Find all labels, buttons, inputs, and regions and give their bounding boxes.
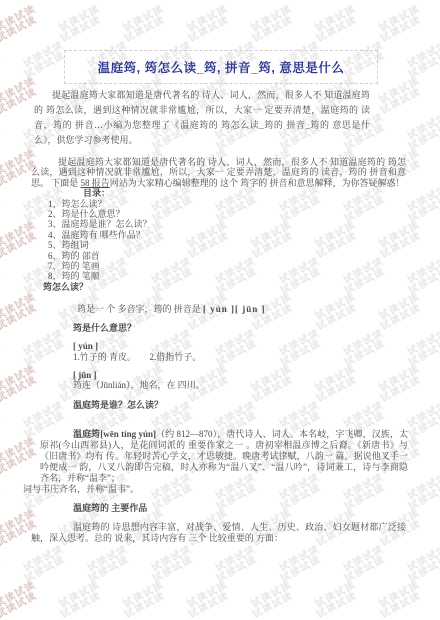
yun-label: [ yún ]	[31, 341, 406, 351]
heading-how-to-read: 筠怎么读？	[31, 282, 406, 292]
intro-paragraph: 提起温庭筠大家都知道是唐代著名的 诗人、词人，然而，很多人不 知道温庭筠的 筠怎…	[34, 88, 370, 148]
heading-main-works: 温庭筠的 主要作品	[31, 503, 406, 513]
toc-item: 4、温庭筠有 哪些作品？	[31, 230, 406, 240]
biography-line2: 词与韦庄齐名，并称“温韦”。	[23, 484, 406, 495]
heading-meaning: 筠是什么意思？	[31, 323, 406, 333]
toc-item: 8、筠的 笔顺	[31, 271, 406, 281]
toc-item: 3、温庭筠是谁？怎么读？	[31, 219, 406, 229]
biography-paragraph: 温庭筠[wēn tíng yún]（约 812—870），唐代诗人、词人。本名岐…	[40, 429, 408, 484]
pinyin-value: [ yún ][ jūn ]	[203, 304, 266, 314]
toc-label: 目录：	[31, 188, 406, 198]
pinyin-intro-text: 筠是一 个 多音字，筠的 拼音是	[77, 304, 203, 314]
toc-item: 6、筠的 部首	[31, 251, 406, 261]
toc-list: 1、筠怎么读？2、筠是什么意思？3、温庭筠是谁？怎么读？4、温庭筠有 哪些作品？…	[31, 199, 406, 282]
toc-item: 7、筠的 笔画	[31, 261, 406, 271]
document-page: 温庭筠, 筠怎么读_筠, 拼音_筠, 意思是什么 提起温庭筠大家都知道是唐代著名…	[0, 0, 440, 620]
title-box: 温庭筠, 筠怎么读_筠, 拼音_筠, 意思是什么	[64, 50, 378, 84]
toc-item: 2、筠是什么意思？	[31, 209, 406, 219]
jun-definition: 筠连（Jūnlián），地名，在 四川。	[31, 380, 406, 390]
heading-who-is: 温庭筠是谁？怎么读？	[31, 400, 406, 410]
poet-name-pinyin: 温庭筠[wēn tíng yún]	[73, 429, 156, 439]
repeat-text-post: 网站为大家精心编辑整理的 这个 筠字的 拼音和意思解释，为你答疑解惑！	[110, 178, 405, 188]
works-paragraph: 温庭筠的 诗思想内容丰富，对战争、爱情、人生、历史、政治、妇女题材都广泛接触，深…	[31, 522, 406, 544]
pinyin-line: 筠是一 个 多音字，筠的 拼音是 [ yún ][ jūn ]	[31, 304, 406, 314]
site-link[interactable]: 58 报告	[81, 178, 110, 188]
page-title: 温庭筠, 筠怎么读_筠, 拼音_筠, 意思是什么	[98, 58, 345, 76]
repeat-paragraph: 提起温庭筠大家都知道是唐代著名的 诗人、词人，然而，很多人不 知道温庭筠的 筠怎…	[31, 157, 406, 188]
jun-label: [ jūn ]	[31, 370, 406, 380]
body-block: 提起温庭筠大家都知道是唐代著名的 诗人、词人，然而，很多人不 知道温庭筠的 筠怎…	[31, 157, 406, 544]
toc-item: 1、筠怎么读？	[31, 199, 406, 209]
yun-definition: 1.竹子的 青皮。 2.借指竹子。	[31, 352, 406, 362]
toc-item: 5、筠组词	[31, 240, 406, 250]
